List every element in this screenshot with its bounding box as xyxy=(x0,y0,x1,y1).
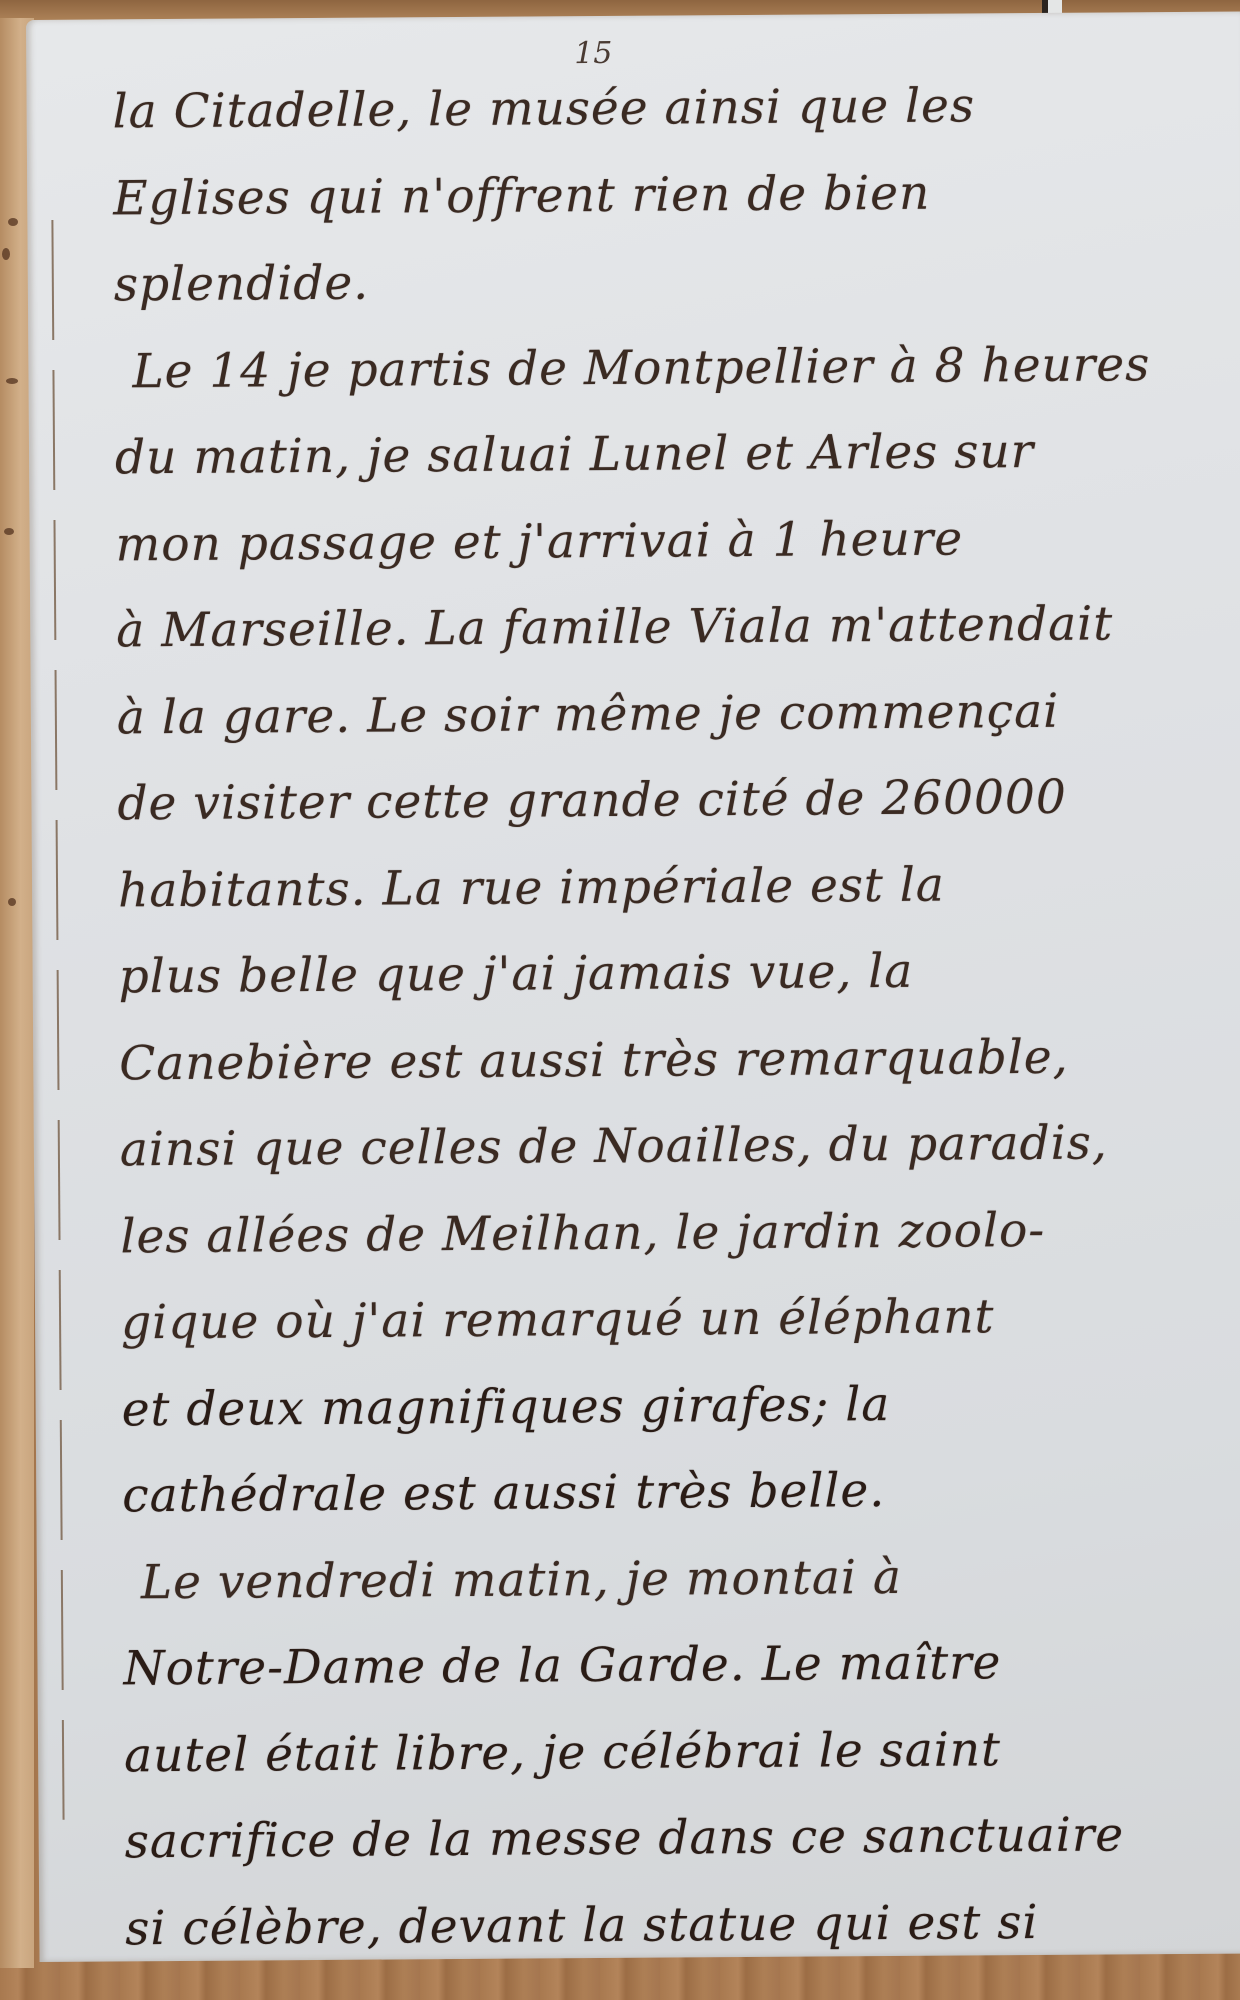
binding-stitch xyxy=(51,220,64,1820)
text-line: Canebière est aussi très remarquable, xyxy=(119,1013,1240,1107)
text-line: Notre-Dame de la Garde. Le maître xyxy=(123,1618,1240,1712)
ink-stain xyxy=(2,248,10,260)
text-line: gique où j'ai remarqué un éléphant xyxy=(121,1272,1240,1366)
text-line: plus belle que j'ai jamais vue, la xyxy=(118,926,1240,1020)
text-line: habitants. La rue impériale est la xyxy=(118,840,1240,934)
ink-stain xyxy=(8,898,16,906)
text-line: splendide. xyxy=(114,235,1240,329)
text-line: si célèbre, devant la statue qui est si xyxy=(125,1878,1240,1972)
text-line: Le vendredi matin, je montai à xyxy=(123,1532,1240,1626)
text-line: autel était libre, je célébrai le saint xyxy=(124,1705,1240,1799)
handwritten-text-body: la Citadelle, le musée ainsi que les Egl… xyxy=(112,62,1240,1973)
ink-stain xyxy=(8,218,18,226)
text-line: sacrifice de la messe dans ce sanctuaire xyxy=(124,1791,1240,1885)
text-line: mon passage et j'arrivai à 1 heure xyxy=(115,494,1240,588)
text-line: Eglises qui n'offrent rien de bien xyxy=(113,148,1240,242)
journal-page: 15 la Citadelle, le musée ainsi que les … xyxy=(26,12,1240,1962)
ink-stain xyxy=(6,378,18,384)
text-line: à Marseille. La famille Viala m'attendai… xyxy=(116,580,1240,674)
text-line: les allées de Meilhan, le jardin zoolo- xyxy=(120,1186,1240,1280)
text-line: la Citadelle, le musée ainsi que les xyxy=(112,62,1240,156)
ink-stain xyxy=(4,528,14,535)
text-line: du matin, je saluai Lunel et Arles sur xyxy=(115,408,1240,502)
text-line: à la gare. Le soir même je commençai xyxy=(117,667,1240,761)
text-line: cathédrale est aussi très belle. xyxy=(122,1445,1240,1539)
text-line: ainsi que celles de Noailles, du paradis… xyxy=(120,1099,1240,1193)
text-line: Le 14 je partis de Montpellier à 8 heure… xyxy=(114,321,1240,415)
text-line: et deux magnifiques girafes; la xyxy=(121,1359,1240,1453)
text-line: de visiter cette grande cité de 260000 xyxy=(117,753,1240,847)
